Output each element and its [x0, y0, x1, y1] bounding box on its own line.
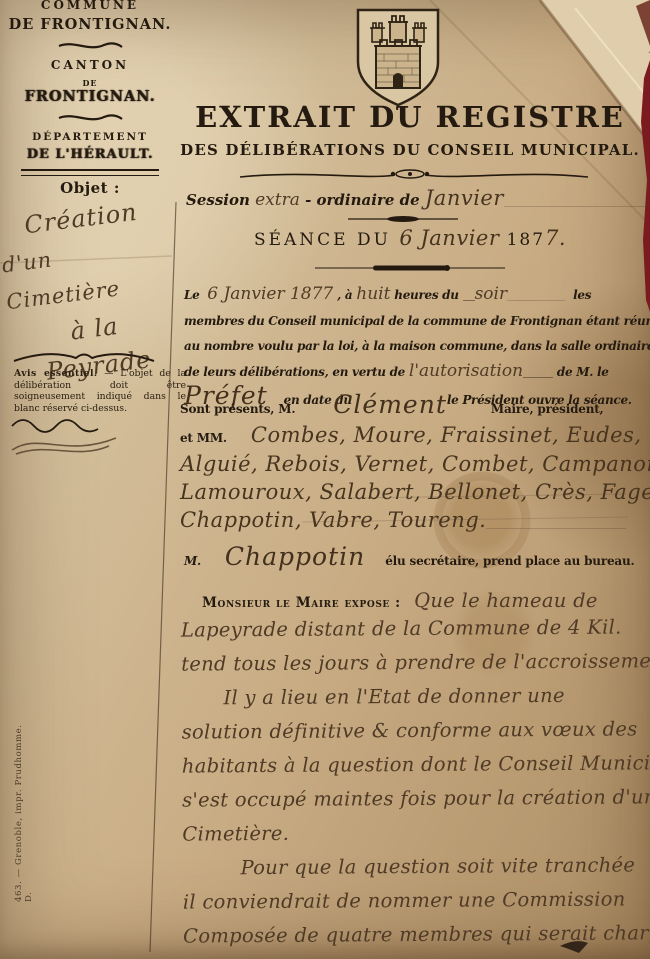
document-title: EXTRAIT DU REGISTRE	[180, 100, 640, 134]
scroll-ornament	[4, 40, 176, 52]
text-segment: - ordinaire de	[300, 191, 425, 209]
spacer	[365, 553, 385, 567]
text-line: solution définitive & conforme aux vœux …	[182, 712, 640, 749]
blank-underline	[523, 362, 553, 377]
text-segment: Session	[186, 191, 255, 209]
text-line: Lapeyrade distant de la Commune de 4 Kil…	[181, 610, 639, 647]
text-segment: Cimetière.	[182, 822, 289, 846]
document-subtitle: DES DÉLIBÉRATIONS DU CONSEIL MUNICIPAL.	[180, 141, 640, 159]
text-line: et MM.Combes, Moure, Fraissinet, Eudes,	[180, 422, 640, 451]
text-line: M.Chappotinélu secrétaire, prend place a…	[184, 540, 644, 578]
text-line: Il y a lieu en l'Etat de donner une	[181, 678, 639, 715]
text-segment: 6 Janvier	[399, 226, 506, 250]
small-divider	[348, 214, 650, 224]
register-extract-document: COMMUNE DE FRONTIGNAN. CANTON DE FRONTIG…	[0, 0, 650, 959]
text-segment: Lamouroux, Salabert, Bellonet, Crès, Fag…	[180, 480, 650, 504]
text-segment: tend tous les jours à prendre de l'accro…	[181, 649, 650, 675]
text-line: Le 6 Janvier 1877 , à huit heures du soi…	[184, 282, 640, 308]
text-segment: solution définitive & conforme aux vœux …	[182, 717, 638, 743]
handwritten-flourish	[4, 430, 176, 458]
text-segment: 187	[507, 230, 545, 250]
double-rule	[21, 169, 159, 176]
text-line: Composée de quatre membres qui serait ch…	[183, 916, 641, 953]
text-segment: il conviendrait de nommer une Commission	[183, 888, 626, 914]
text-line: habitants à la question dont le Conseil …	[182, 746, 640, 783]
text-segment: Clément	[333, 390, 447, 419]
text-segment: Pour que la question soit vite tranchée	[241, 853, 636, 879]
text-segment: Alguié, Rebois, Vernet, Combet, Campanon…	[180, 452, 650, 476]
text-line: s'est occupé maintes fois pour la créati…	[182, 780, 640, 817]
title-divider-ornament	[180, 166, 640, 184]
text-segment: élu secrétaire, prend place au bureau.	[385, 554, 634, 568]
text-segment: heures du	[390, 288, 462, 302]
text-segment: Il y a lieu en l'Etat de donner une	[223, 684, 565, 709]
text-segment: au nombre voulu par la loi, à la maison …	[184, 339, 650, 353]
text-segment: extra	[255, 190, 300, 210]
blank-underline	[486, 514, 626, 529]
brace-ornament	[4, 348, 176, 364]
commune-name: DE FRONTIGNAN.	[4, 16, 176, 33]
castle-shield-icon	[352, 6, 444, 110]
text-segment: Chappotin, Vabre, Toureng.	[180, 508, 486, 532]
seance-divider	[315, 262, 650, 274]
secretary-line: M.Chappotinélu secrétaire, prend place a…	[184, 540, 644, 578]
text-segment: Composée de quatre membres qui serait ch…	[183, 921, 650, 948]
departement-name: DE L'HÉRAULT.	[4, 147, 176, 162]
text-segment: 7.	[545, 226, 566, 250]
spacer	[227, 430, 251, 444]
avis-title: Avis essentiel.	[14, 368, 98, 379]
text-segment: Combes, Moure, Fraissinet, Eudes,	[251, 423, 642, 447]
text-segment: de leurs délibérations, en vertu de	[184, 365, 409, 379]
text-line: Session extra - ordinaire de Janvier	[186, 186, 646, 212]
text-segment: Monsieur le Maire expose :	[202, 595, 406, 611]
text-segment: Janvier	[425, 186, 504, 210]
spacer	[447, 401, 491, 415]
text-segment: l'autorisation	[409, 361, 523, 381]
text-segment: , à	[333, 288, 356, 302]
text-segment: Lapeyrade distant de la Commune de 4 Kil…	[181, 616, 622, 642]
text-segment: Le	[184, 288, 207, 302]
text-segment: Maire, président,	[491, 402, 604, 416]
attendees-paragraph: Sont présents, M.ClémentMaire, président…	[180, 392, 640, 535]
avis-note: Avis essentiel. — L'objet de la délibéra…	[4, 368, 196, 414]
text-line: Cimetière.	[182, 814, 640, 851]
text-line: Alguié, Rebois, Vernet, Combet, Campanon…	[180, 451, 640, 479]
text-segment: les	[573, 288, 591, 302]
scroll-ornament	[4, 112, 176, 124]
text-line: membres du Conseil municipal de la commu…	[184, 308, 640, 334]
canton-label: CANTON	[4, 58, 176, 72]
text-segment: M.	[184, 554, 201, 568]
text-line: il conviendrait de nommer une Commission	[183, 882, 641, 919]
text-segment: Que le hameau de	[414, 589, 598, 612]
text-segment: 6 Janvier 1877	[207, 284, 333, 304]
text-line: au nombre voulu par la loi, à la maison …	[184, 333, 640, 359]
text-segment: SÉANCE DU	[254, 230, 399, 250]
text-segment: et MM.	[180, 431, 227, 445]
text-segment: habitants à la question dont le Conseil …	[182, 751, 650, 777]
text-line: Sont présents, M.ClémentMaire, président…	[180, 392, 640, 422]
text-line: SÉANCE DU 6 Janvier 1877.	[180, 226, 640, 250]
canton-de: DE	[4, 78, 176, 88]
text-segment: soir	[475, 284, 508, 304]
spacer	[295, 401, 333, 415]
text-segment: de M. le	[553, 365, 609, 379]
text-segment: membres du Conseil municipal de la commu…	[184, 314, 650, 328]
spacer	[565, 287, 573, 301]
printer-imprint: 463. — Grenoble, impr. Prudhomme. D.	[14, 722, 34, 902]
text-segment: s'est occupé maintes fois pour la créati…	[182, 785, 650, 811]
text-line: tend tous les jours à prendre de l'accro…	[181, 644, 639, 681]
canton-name: FRONTIGNAN.	[4, 88, 176, 105]
spacer	[201, 553, 225, 567]
commune-label: COMMUNE	[4, 0, 176, 12]
deliberation-text: Lapeyrade distant de la Commune de 4 Kil…	[181, 610, 641, 953]
text-line: Pour que la question soit vite tranchée	[182, 848, 640, 885]
text-segment: huit	[356, 284, 390, 304]
text-segment: Chappotin	[225, 542, 365, 571]
text-segment: Sont présents, M.	[180, 402, 295, 416]
departement-label: DÉPARTEMENT	[4, 131, 176, 143]
text-line: Lamouroux, Salabert, Bellonet, Crès, Fag…	[180, 479, 640, 507]
blank-underline	[463, 286, 475, 301]
spacer	[406, 595, 414, 609]
seance-heading: SÉANCE DU 6 Janvier 1877.	[180, 226, 640, 250]
session-line: Session extra - ordinaire de Janvier	[186, 186, 646, 212]
blank-underline	[504, 192, 650, 207]
objet-handwritten: Création d'un Cimetière à la Peyrade	[0, 190, 187, 395]
text-line: Chappotin, Vabre, Toureng.	[180, 507, 640, 535]
blank-underline	[507, 286, 565, 301]
